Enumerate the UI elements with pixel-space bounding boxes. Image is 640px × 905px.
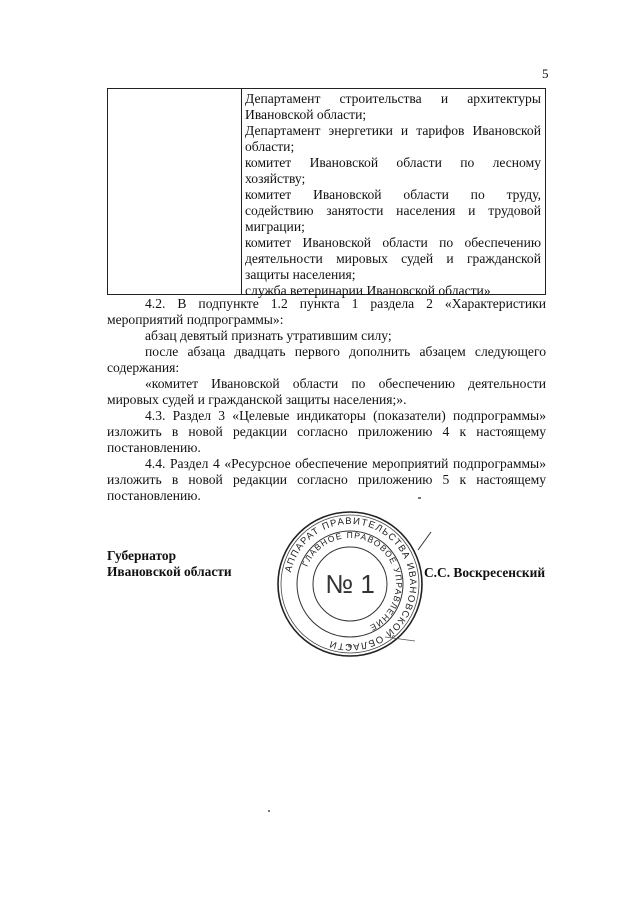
- table-cell-line: комитет Ивановской области по обеспечени…: [245, 235, 541, 251]
- agencies-table: Департамент строительства и архитектурыИ…: [107, 88, 546, 295]
- official-stamp: АППАРАТ ПРАВИТЕЛЬСТВА ИВАНОВСКОЙ ОБЛАСТИ…: [275, 509, 425, 659]
- signature-title: Губернатор Ивановской области: [107, 548, 232, 580]
- document-body: 4.2. В подпункте 1.2 пункта 1 раздела 2 …: [107, 296, 546, 504]
- body-line: мероприятий подпрограммы»:: [107, 312, 546, 328]
- table-cell-line: миграции;: [245, 219, 541, 235]
- table-cell-line: комитет Ивановской области по лесному: [245, 155, 541, 171]
- body-line: мировых судей и гражданской защиты насел…: [107, 392, 546, 408]
- table-cell-line: области;: [245, 139, 541, 155]
- scan-artifact: [418, 497, 421, 499]
- table-column-divider: [241, 89, 242, 294]
- body-line: «комитет Ивановской области по обеспечен…: [107, 376, 546, 392]
- signature-title-line1: Губернатор: [107, 548, 232, 564]
- signature-name: С.С. Воскресенский: [424, 565, 545, 581]
- stamp-star-icon: *: [348, 643, 353, 654]
- table-right-cell: Департамент строительства и архитектурыИ…: [245, 91, 541, 299]
- table-cell-line: хозяйству;: [245, 171, 541, 187]
- body-line: 4.4. Раздел 4 «Ресурсное обеспечение мер…: [107, 456, 546, 472]
- scan-artifact: [268, 810, 270, 812]
- table-cell-line: Департамент энергетики и тарифов Ивановс…: [245, 123, 541, 139]
- body-line: содержания:: [107, 360, 546, 376]
- body-line: после абзаца двадцать первого дополнить …: [107, 344, 546, 360]
- table-cell-line: защиты населения;: [245, 267, 541, 283]
- body-line: постановлению.: [107, 488, 546, 504]
- signature-title-line2: Ивановской области: [107, 564, 232, 580]
- table-cell-line: комитет Ивановской области по труду,: [245, 187, 541, 203]
- table-cell-line: деятельности мировых судей и гражданской: [245, 251, 541, 267]
- body-line: абзац девятый признать утратившим силу;: [107, 328, 546, 344]
- table-cell-line: Департамент строительства и архитектуры: [245, 91, 541, 107]
- signature-stroke: [415, 530, 435, 552]
- body-line: постановлению.: [107, 440, 546, 456]
- body-line: изложить в новой редакции согласно прило…: [107, 472, 546, 488]
- body-line: 4.2. В подпункте 1.2 пункта 1 раздела 2 …: [107, 296, 546, 312]
- table-cell-line: Ивановской области;: [245, 107, 541, 123]
- body-line: изложить в новой редакции согласно прило…: [107, 424, 546, 440]
- table-cell-line: содействию занятости населения и трудово…: [245, 203, 541, 219]
- body-line: 4.3. Раздел 3 «Целевые индикаторы (показ…: [107, 408, 546, 424]
- stamp-center-number: № 1: [325, 569, 375, 599]
- page-number: 5: [542, 66, 549, 82]
